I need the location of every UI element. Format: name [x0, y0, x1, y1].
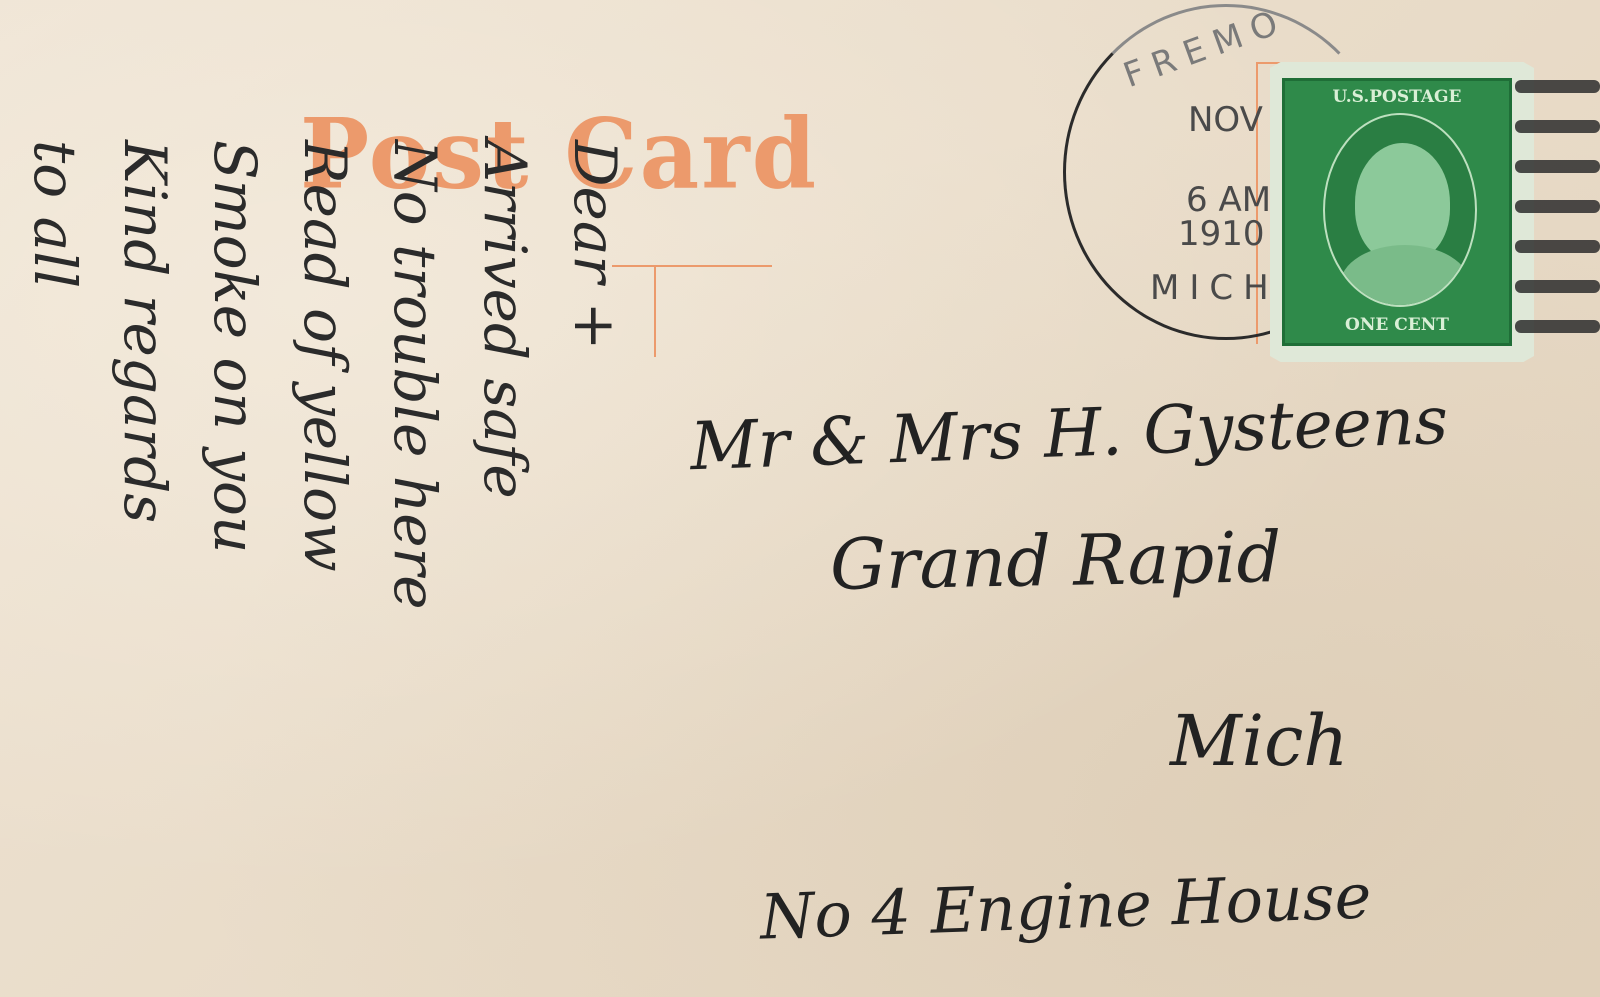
cancel-bar — [1515, 240, 1600, 253]
divider-line-vertical — [654, 265, 656, 357]
message-line: to all — [10, 140, 100, 610]
stamp-top-text: U.S.POSTAGE — [1285, 87, 1509, 107]
postmark-state: MICH — [1150, 268, 1279, 308]
message-line: Kind regards — [100, 140, 190, 610]
portrait-body — [1340, 245, 1470, 307]
postmark-year: 1910 — [1178, 214, 1265, 254]
cancel-bar — [1515, 160, 1600, 173]
message-line: Dear + — [550, 140, 640, 610]
postage-stamp: U.S.POSTAGE ONE CENT — [1270, 62, 1534, 362]
cancel-bar — [1515, 320, 1600, 333]
postcard-back: Post Card FREMO NOV 6 AM 1910 MICH U.S.P… — [0, 0, 1600, 997]
address-street: No 4 Engine House — [759, 859, 1372, 953]
stamp-bottom-text: ONE CENT — [1285, 315, 1509, 335]
stamp-frame: U.S.POSTAGE ONE CENT — [1282, 78, 1512, 346]
address-recipient: Mr & Mrs H. Gysteens — [689, 382, 1449, 485]
cancellation-bars-icon — [1515, 80, 1600, 360]
cancel-bar — [1515, 80, 1600, 93]
cancel-bar — [1515, 200, 1600, 213]
cancel-bar — [1515, 280, 1600, 293]
message-line: Arrived safe — [460, 140, 550, 610]
stamp-portrait-icon — [1323, 113, 1477, 307]
address-city: Grand Rapid — [829, 516, 1282, 606]
handwritten-message: Dear + Arrived safe No trouble here Read… — [10, 140, 640, 610]
postmark-month: NOV — [1188, 100, 1263, 140]
cancel-bar — [1515, 120, 1600, 133]
message-line: No trouble here — [370, 140, 460, 610]
message-line: Read of yellow — [280, 140, 370, 610]
message-line: Smoke on you — [190, 140, 280, 610]
address-state: Mich — [1170, 700, 1348, 782]
